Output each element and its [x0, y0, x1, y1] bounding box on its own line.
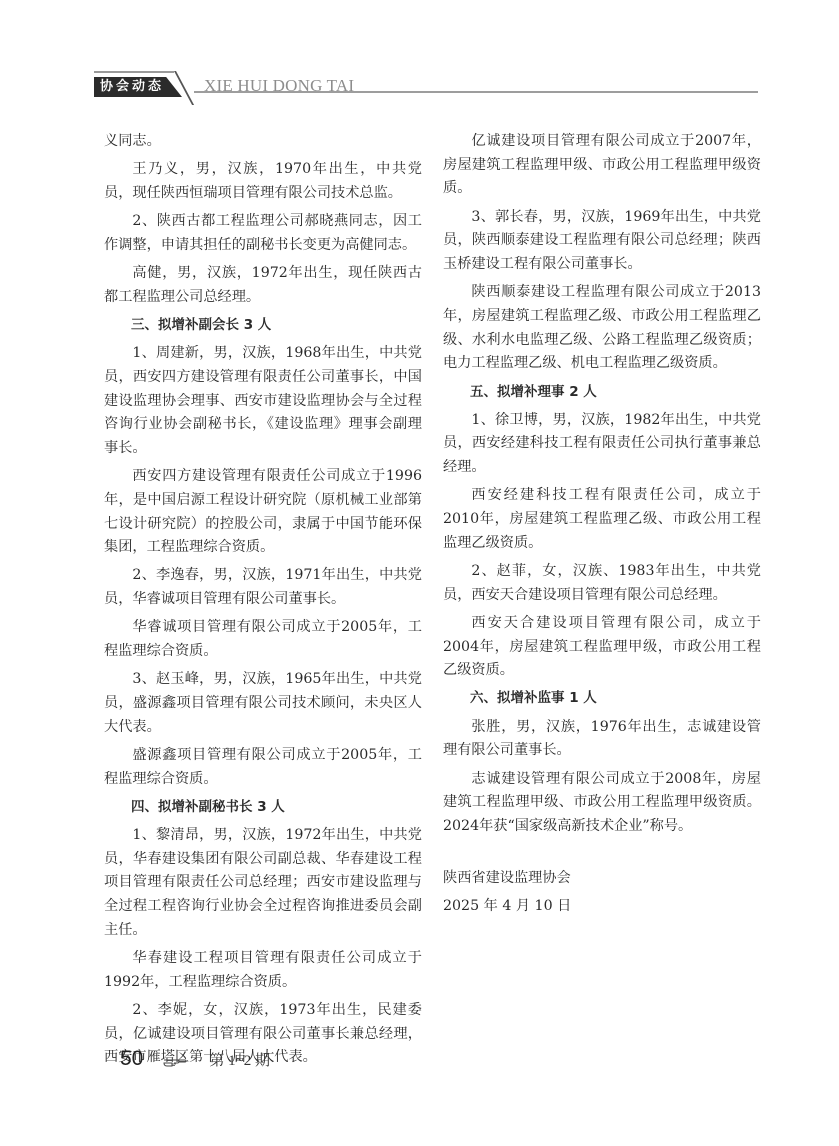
section-heading: 六、拟增补监事 1 人 [443, 687, 761, 711]
pointing-hand-icon [163, 1053, 187, 1065]
paragraph: 2、陕西古都工程监理公司郝晓燕同志，因工作调整，申请其担任的副秘书长变更为高健同… [104, 210, 422, 257]
page-footer: 50 第 1~2 期 [120, 1044, 270, 1074]
paragraph: 高健，男，汉族，1972年出生，现任陕西古都工程监理公司总经理。 [104, 262, 422, 309]
paragraph: 王乃义，男，汉族，1970年出生，中共党员，现任陕西恒瑞项目管理有限公司技术总监… [104, 158, 422, 205]
paragraph: 盛源鑫项目管理有限公司成立于2005年，工程监理综合资质。 [104, 744, 422, 791]
signature-date: 2025 年 4 月 10 日 [443, 895, 761, 919]
section-heading: 三、拟增补副会长 3 人 [104, 314, 422, 338]
paragraph: 西安四方建设管理有限责任公司成立于1996年，是中国启源工程设计研究院（原机械工… [104, 465, 422, 560]
section-header: 协会动态 XIE HUI DONG TAI [94, 60, 758, 102]
paragraph: 3、赵玉峰，男，汉族，1965年出生，中共党员，盛源鑫项目管理有限公司技术顾问，… [104, 668, 422, 739]
paragraph: 3、郭长春，男，汉族，1969年出生，中共党员，陕西顺泰建设工程监理有限公司总经… [443, 206, 761, 277]
paragraph: 亿诚建设项目管理有限公司成立于2007年，房屋建筑工程监理甲级、市政公用工程监理… [443, 130, 761, 201]
paragraph: 西安天合建设项目管理有限公司，成立于2004年，房屋建筑工程监理甲级，市政公用工… [443, 612, 761, 683]
right-column: 亿诚建设项目管理有限公司成立于2007年，房屋建筑工程监理甲级、市政公用工程监理… [443, 130, 761, 923]
paragraph: 义同志。 [104, 130, 422, 154]
left-column: 义同志。 王乃义，男，汉族，1970年出生，中共党员，现任陕西恒瑞项目管理有限公… [104, 130, 422, 1075]
header-diagonal-divider [174, 71, 194, 105]
paragraph: 2、李逸春，男，汉族，1971年出生，中共党员，华睿诚项目管理有限公司董事长。 [104, 564, 422, 611]
paragraph: 华春建设工程项目管理有限责任公司成立于1992年，工程监理综合资质。 [104, 947, 422, 994]
section-heading: 四、拟增补副秘书长 3 人 [104, 796, 422, 820]
paragraph: 1、徐卫博，男，汉族，1982年出生，中共党员，西安经建科技工程有限责任公司执行… [443, 409, 761, 480]
paragraph: 志诚建设管理有限公司成立于2008年，房屋建筑工程监理甲级、市政公用工程监理甲级… [443, 768, 761, 839]
page-number: 50 [120, 1047, 143, 1071]
section-heading: 五、拟增补理事 2 人 [443, 381, 761, 405]
issue-label: 第 1~2 期 [209, 1049, 270, 1070]
paragraph: 华睿诚项目管理有限公司成立于2005年，工程监理综合资质。 [104, 616, 422, 663]
paragraph: 2、赵菲，女，汉族、1983年出生，中共党员，西安天合建设项目管理有限公司总经理… [443, 560, 761, 607]
paragraph: 1、黎清昂，男，汉族，1972年出生，中共党员，华春建设集团有限公司副总裁、华春… [104, 824, 422, 943]
header-underline [194, 91, 758, 93]
paragraph: 陕西顺泰建设工程监理有限公司成立于2013年，房屋建筑工程监理乙级、市政公用工程… [443, 281, 761, 376]
signature-organization: 陕西省建设监理协会 [443, 867, 761, 891]
paragraph: 1、周建新，男，汉族，1968年出生，中共党员，西安四方建设管理有限责任公司董事… [104, 342, 422, 461]
paragraph: 西安经建科技工程有限责任公司，成立于2010年，房屋建筑工程监理乙级、市政公用工… [443, 484, 761, 555]
header-top-rule [94, 71, 174, 73]
paragraph: 张胜，男，汉族，1976年出生，志诚建设管理有限公司董事长。 [443, 716, 761, 763]
section-title-en: XIE HUI DONG TAI [204, 76, 354, 96]
section-title-cn: 协会动态 [100, 77, 164, 97]
